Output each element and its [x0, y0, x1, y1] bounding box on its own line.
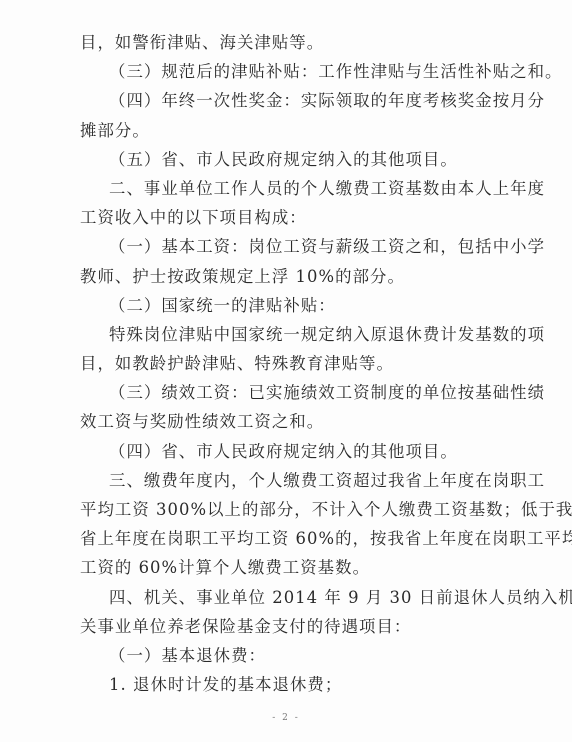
text-line: 平均工资 300%以上的部分，不计入个人缴费工资基数；低于我	[80, 495, 468, 524]
document-body: 目，如警衔津贴、海关津贴等。 （三）规范后的津贴补贴：工作性津贴与生活性补贴之和…	[80, 28, 468, 699]
section-heading-3: 三、缴费年度内，个人缴费工资超过我省上年度在岗职工	[80, 466, 468, 495]
text-line: （三）规范后的津贴补贴：工作性津贴与生活性补贴之和。	[80, 57, 468, 86]
text-line: 效工资与奖励性绩效工资之和。	[80, 407, 468, 436]
text-line: （三）绩效工资：已实施绩效工资制度的单位按基础性绩	[80, 378, 468, 407]
text-line: 目，如教龄护龄津贴、特殊教育津贴等。	[80, 349, 468, 378]
text-line: 摊部分。	[80, 116, 468, 145]
text-line: 教师、护士按政策规定上浮 10%的部分。	[80, 262, 468, 291]
page-number: - 2 -	[0, 713, 572, 723]
text-line: （二）国家统一的津贴补贴：	[80, 291, 468, 320]
text-line: 1. 退休时计发的基本退休费；	[80, 670, 468, 699]
text-line: （一）基本工资：岗位工资与薪级工资之和，包括中小学	[80, 232, 468, 261]
text-line: （五）省、市人民政府规定纳入的其他项目。	[80, 145, 468, 174]
section-heading-4: 四、机关、事业单位 2014 年 9 月 30 日前退休人员纳入机	[80, 583, 468, 612]
document-page: 目，如警衔津贴、海关津贴等。 （三）规范后的津贴补贴：工作性津贴与生活性补贴之和…	[0, 0, 572, 742]
text-line: 关事业单位养老保险基金支付的待遇项目：	[80, 612, 468, 641]
text-line: （四）省、市人民政府规定纳入的其他项目。	[80, 437, 468, 466]
text-line: 工资的 60%计算个人缴费工资基数。	[80, 553, 468, 582]
text-line: 省上年度在岗职工平均工资 60%的，按我省上年度在岗职工平均	[80, 524, 468, 553]
text-line: 工资收入中的以下项目构成：	[80, 203, 468, 232]
text-line: （四）年终一次性奖金：实际领取的年度考核奖金按月分	[80, 86, 468, 115]
text-line: 特殊岗位津贴中国家统一规定纳入原退休费计发基数的项	[80, 320, 468, 349]
section-heading-2: 二、事业单位工作人员的个人缴费工资基数由本人上年度	[80, 174, 468, 203]
text-line: （一）基本退休费：	[80, 641, 468, 670]
text-line: 目，如警衔津贴、海关津贴等。	[80, 28, 468, 57]
